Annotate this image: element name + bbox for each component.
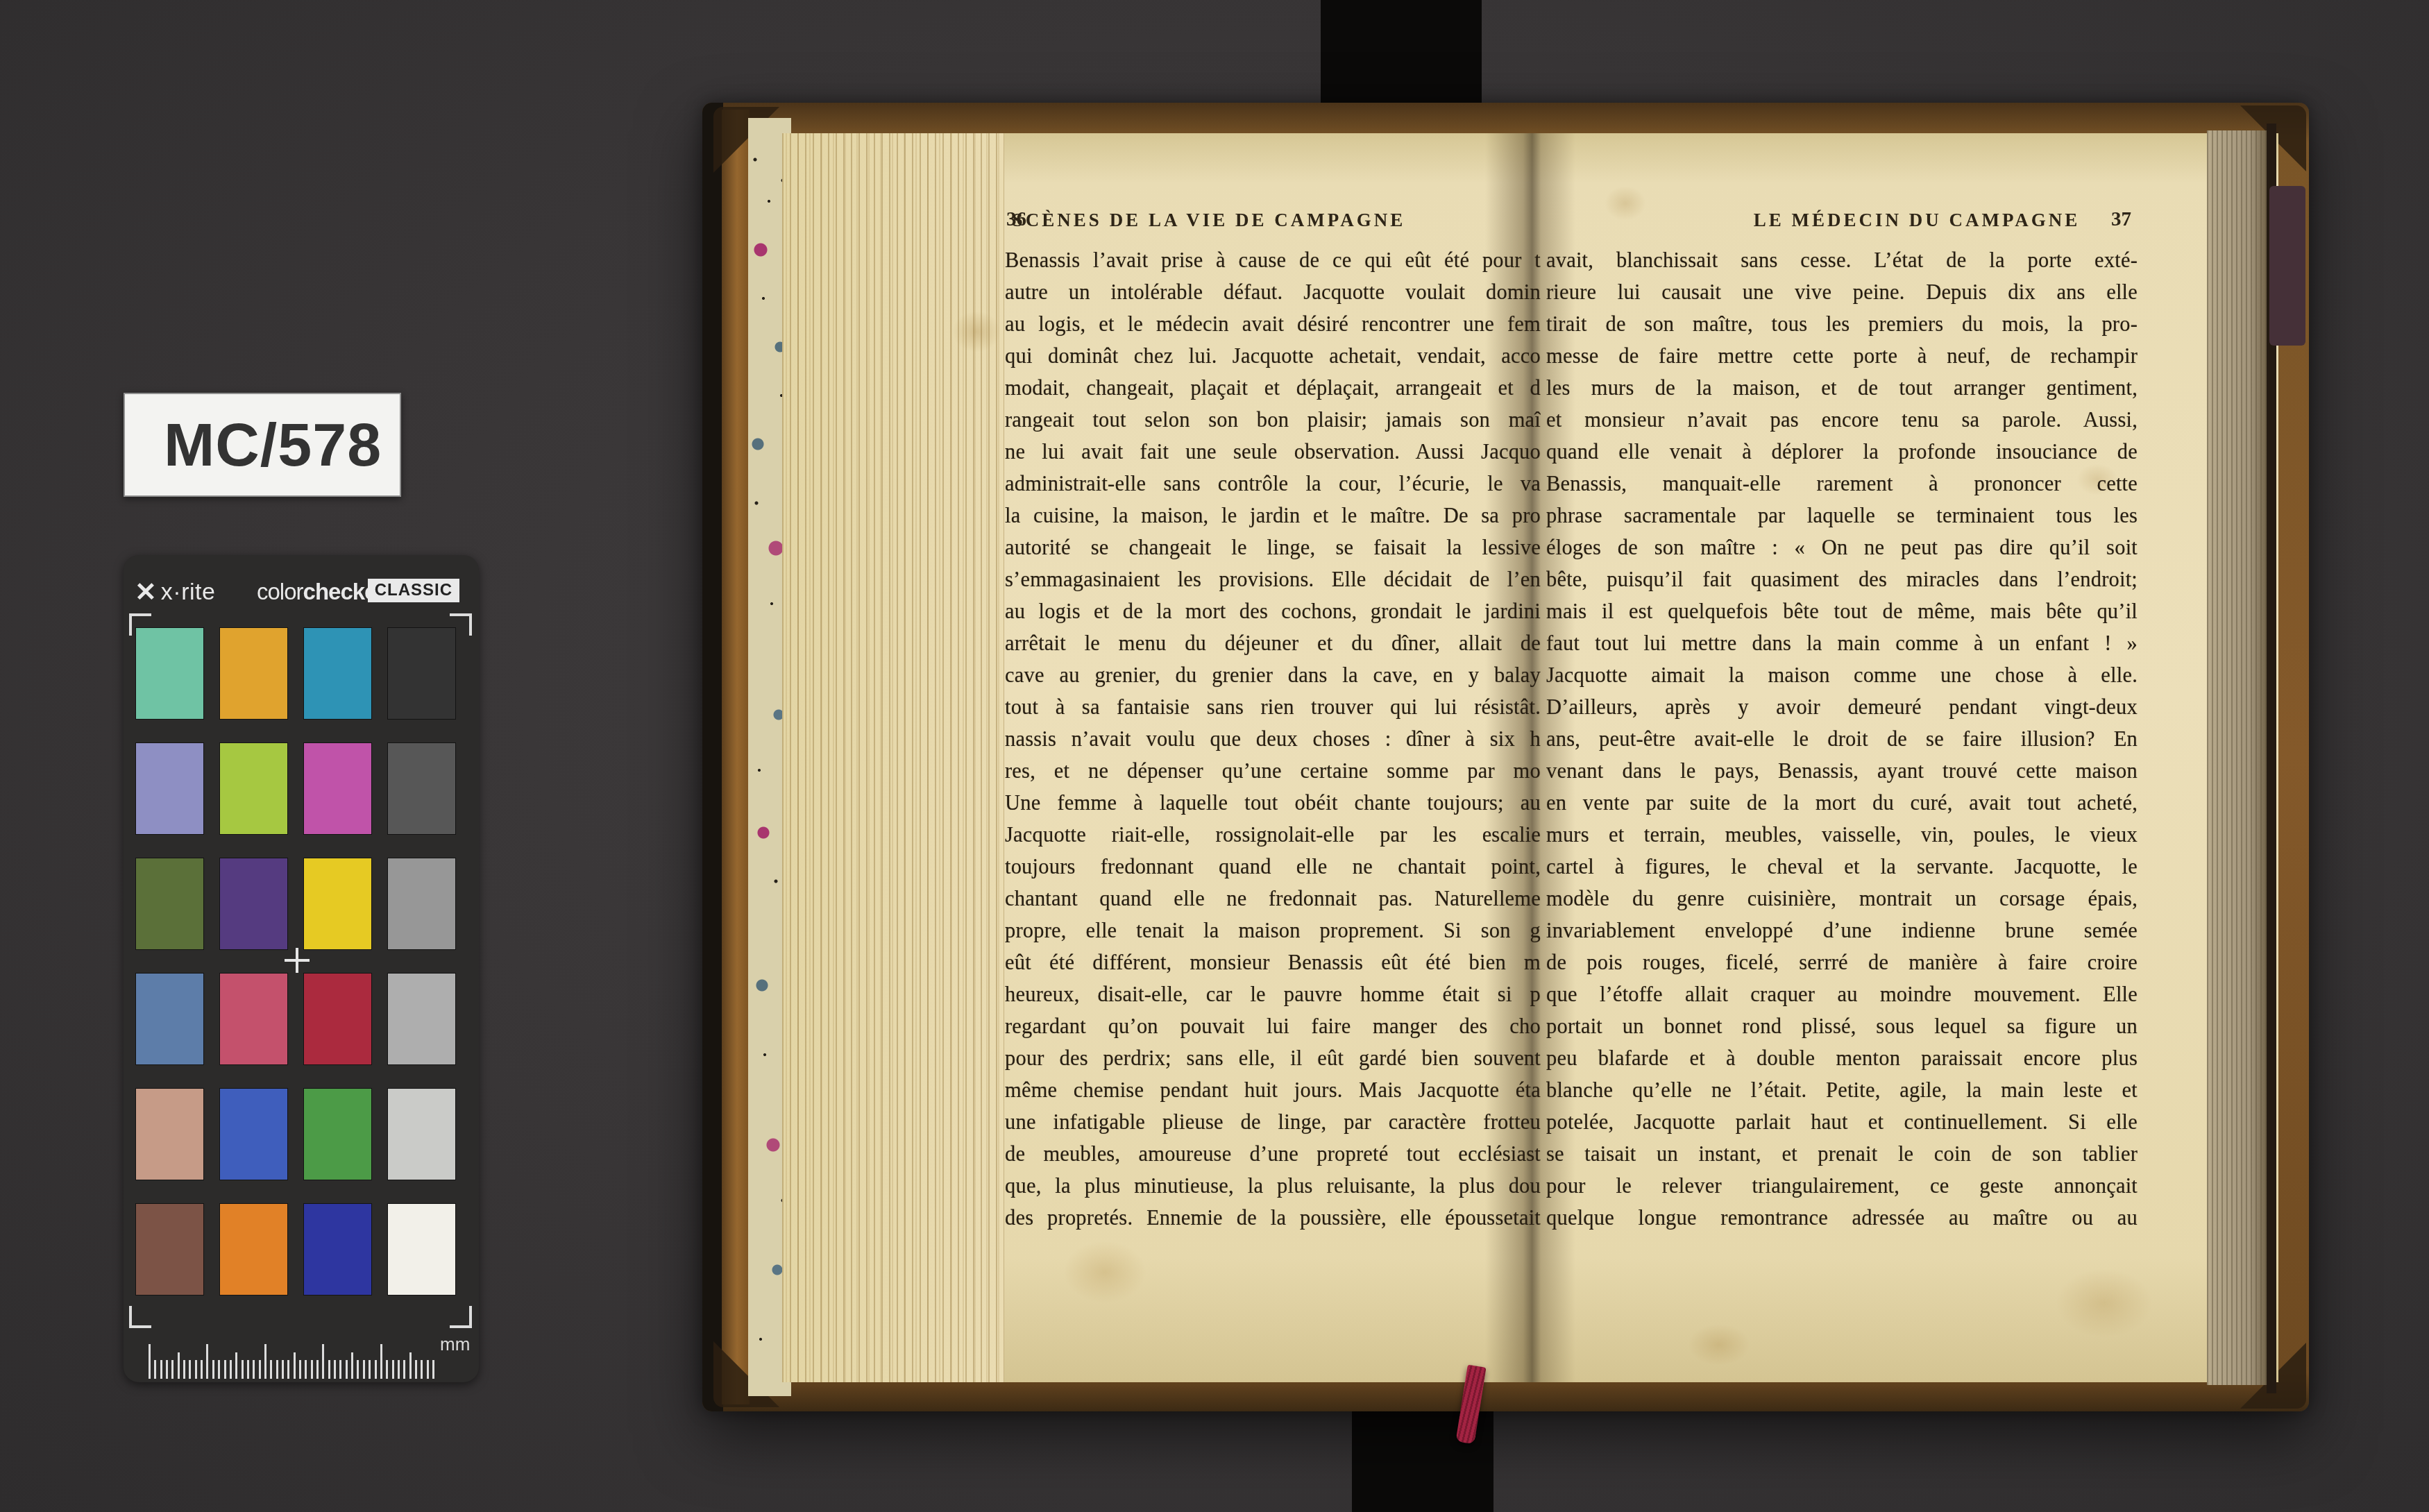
book-board-edge [702, 103, 723, 1411]
mm-ruler [149, 1343, 434, 1379]
color-patch [220, 1089, 287, 1180]
ruler-tick [247, 1360, 249, 1379]
text-line: tout à sa fantaisie sans rien trouver qu… [1005, 691, 1541, 723]
color-patch [304, 743, 371, 834]
text-line: cave au grenier, du grenier dans la cave… [1005, 659, 1541, 691]
color-patch [220, 974, 287, 1064]
text-line: autre un intolérable défaut. Jacquotte v… [1005, 276, 1541, 308]
text-line: chantant quand elle ne fredonnait pas. N… [1005, 883, 1541, 915]
text-line: res, et ne dépenser qu’une certaine somm… [1005, 755, 1541, 787]
text-line: tirait de son maître, tous les premiers … [1546, 308, 2138, 340]
ruler-tick [334, 1360, 336, 1379]
text-line: même chemise pendant huit jours. Mais Ja… [1005, 1074, 1541, 1106]
ruler-tick [276, 1360, 278, 1379]
text-line: des propretés. Ennemie de la poussière, … [1005, 1202, 1541, 1234]
text-line: en vente par suite de la mort du curé, a… [1546, 787, 2138, 819]
ruler-tick [346, 1360, 348, 1379]
text-line: les murs de la maison, et de tout arrang… [1546, 372, 2138, 404]
text-line: invariablement enveloppé d’une indienne … [1546, 915, 2138, 946]
running-title-left: SCÈNES DE LA VIE DE CAMPAGNE [1001, 210, 1417, 231]
color-patch [136, 1089, 203, 1180]
ruler-tick [166, 1360, 168, 1379]
color-patch [388, 858, 455, 949]
color-patch [220, 858, 287, 949]
xrite-brand: ✕ x·rite [135, 579, 215, 606]
crop-bracket-bottom-left [129, 1306, 151, 1328]
text-line: bête, puisqu’il fait quasiment des mirac… [1546, 563, 2138, 595]
ruler-tick [357, 1360, 359, 1379]
ruler-tick [369, 1360, 371, 1379]
ruler-tick [386, 1360, 388, 1379]
text-line: éloges de son maître : « On ne peut pas … [1546, 532, 2138, 563]
text-line: se taisait un instant, et prenait le coi… [1546, 1138, 2138, 1170]
ruler-tick [253, 1360, 255, 1379]
cover-shadow-patch [2269, 186, 2305, 346]
ruler-tick [316, 1360, 319, 1379]
ruler-tick [264, 1344, 266, 1379]
text-line: portait un bonnet rond plissé, sous lequ… [1546, 1010, 2138, 1042]
text-line: au logis, et le médecin avait désiré ren… [1005, 308, 1541, 340]
book-cover-left [722, 110, 750, 1404]
text-line: regardant qu’on pouvait lui faire manger… [1005, 1010, 1541, 1042]
text-line: de meubles, amoureuse d’une propreté tou… [1005, 1138, 1541, 1170]
text-line: rieure lui causait une vive peine. Depui… [1546, 276, 2138, 308]
color-patch [136, 858, 203, 949]
text-line: rangeait tout selon son bon plaisir; jam… [1005, 404, 1541, 436]
text-line: administrait-elle sans contrôle la cour,… [1005, 468, 1541, 500]
shelfmark-text: MC/578 [164, 409, 382, 480]
text-line: modait, changeait, plaçait et déplaçait,… [1005, 372, 1541, 404]
text-line: que, la plus minutieuse, la plus reluisa… [1005, 1170, 1541, 1202]
text-line: blanche qu’elle ne l’était. Petite, agil… [1546, 1074, 2138, 1106]
color-patch [388, 743, 455, 834]
text-line: et monsieur n’avait pas encore tenu sa p… [1546, 404, 2138, 436]
ruler-tick [409, 1352, 412, 1379]
ruler-tick [375, 1360, 377, 1379]
text-line: phrase sacramentale par laquelle se term… [1546, 500, 2138, 532]
ruler-tick [322, 1344, 324, 1379]
ruler-tick [189, 1360, 191, 1379]
ruler-tick [218, 1360, 220, 1379]
ruler-tick [212, 1360, 214, 1379]
text-line: ne lui avait fait une seule observation.… [1005, 436, 1541, 468]
ruler-tick [206, 1344, 208, 1379]
color-patch [388, 974, 455, 1064]
ruler-tick [201, 1360, 203, 1379]
ruler-tick [403, 1360, 405, 1379]
text-line: toujours fredonnant quand elle ne chanta… [1005, 851, 1541, 883]
text-line: ans, peut-être avait-elle le droit de se… [1546, 723, 2138, 755]
fore-edge-right-pages [2207, 130, 2269, 1385]
ruler-tick [427, 1360, 429, 1379]
ruler-tick [178, 1352, 180, 1379]
ruler-tick [195, 1360, 197, 1379]
text-line: que l’étoffe allait craquer au moindre m… [1546, 978, 2138, 1010]
text-line: eût été différent, monsieur Benassis eût… [1005, 946, 1541, 978]
text-line: une infatigable plieuse de linge, par ca… [1005, 1106, 1541, 1138]
color-patch [136, 628, 203, 719]
colorchecker-header: ✕ x·rite colorchecker CLASSIC [124, 573, 479, 612]
crop-bracket-bottom-right [450, 1306, 472, 1328]
color-patch [136, 974, 203, 1064]
fore-edge-left-pages [782, 133, 1004, 1382]
ruler-tick [224, 1360, 226, 1379]
text-line: Jacquotte riait-elle, rossignolait-elle … [1005, 819, 1541, 851]
text-line: nassis n’avait voulu que deux choses : d… [1005, 723, 1541, 755]
text-line: au logis et de la mort des cochons, gron… [1005, 595, 1541, 627]
ruler-tick [339, 1360, 341, 1379]
ruler-tick [415, 1360, 417, 1379]
color-patch [136, 743, 203, 834]
text-line: qui dominât chez lui. Jacquotte achetait… [1005, 340, 1541, 372]
ruler-tick [432, 1360, 434, 1379]
color-patch [220, 628, 287, 719]
left-page-text: Benassis l’avait prise à cause de ce qui… [1005, 244, 1541, 1234]
color-patch [388, 1204, 455, 1295]
color-patch [388, 628, 455, 719]
text-line: autorité se changeait le linge, se faisa… [1005, 532, 1541, 563]
shelfmark-label: MC/578 [124, 393, 401, 497]
text-line: Une femme à laquelle tout obéit chante t… [1005, 787, 1541, 819]
ruler-tick [311, 1360, 313, 1379]
text-line: modèle du genre cuisinière, montrait un … [1546, 883, 2138, 915]
color-patch [304, 1089, 371, 1180]
color-patch [136, 1204, 203, 1295]
text-line: heureux, disait-elle, car le pauvre homm… [1005, 978, 1541, 1010]
text-line: quelque longue remontrance adressée au m… [1546, 1202, 2138, 1234]
text-line: pour le relever triangulairement, ce ges… [1546, 1170, 2138, 1202]
ruler-tick [160, 1360, 162, 1379]
ruler-tick [351, 1352, 353, 1379]
photo-stage: 36 SCÈNES DE LA VIE DE CAMPAGNE LE MÉDEC… [0, 0, 2429, 1512]
ruler-tick [421, 1360, 423, 1379]
text-line: peu blafarde et à double menton paraissa… [1546, 1042, 2138, 1074]
text-line: arrêtait le menu du déjeuner et du dîner… [1005, 627, 1541, 659]
ruler-tick [363, 1360, 365, 1379]
ruler-tick [398, 1360, 400, 1379]
text-line: la cuisine, la maison, le jardin et le m… [1005, 500, 1541, 532]
ruler-tick [299, 1360, 301, 1379]
ruler-tick [235, 1352, 237, 1379]
running-title-right: LE MÉDECIN DU CAMPAGNE [1709, 210, 2125, 231]
color-patch [220, 743, 287, 834]
classic-badge: CLASSIC [368, 579, 459, 602]
colorchecker-card: ✕ x·rite colorchecker CLASSIC mm [124, 555, 479, 1382]
color-patch [304, 628, 371, 719]
xrite-brand-text: x·rite [161, 579, 216, 606]
ruler-tick [287, 1360, 289, 1379]
text-line: Benassis l’avait prise à cause de ce qui… [1005, 244, 1541, 276]
ruler-tick [230, 1360, 232, 1379]
ruler-tick [282, 1360, 284, 1379]
color-patch [220, 1204, 287, 1295]
color-patch [304, 858, 371, 949]
color-patch [388, 1089, 455, 1180]
text-line: cartel à figures, le cheval et la servan… [1546, 851, 2138, 883]
text-line: potelée, Jacquotte parlait haut et conti… [1546, 1106, 2138, 1138]
text-line: messe de faire mettre cette porte à neuf… [1546, 340, 2138, 372]
right-page-text: avait, blanchissait sans cesse. L’état d… [1546, 244, 2138, 1234]
text-line: murs et terrain, meubles, vaisselle, vin… [1546, 819, 2138, 851]
text-line: D’ailleurs, après y avoir demeuré pendan… [1546, 691, 2138, 723]
text-line: de pois rouges, ficelé, serrré de manièr… [1546, 946, 2138, 978]
ruler-tick [154, 1360, 156, 1379]
text-line: faut tout lui mettre dans la main comme … [1546, 627, 2138, 659]
ruler-tick [183, 1360, 185, 1379]
text-line: propre, elle tenait la maison proprement… [1005, 915, 1541, 946]
center-cross-marker [285, 948, 310, 973]
text-line: mais il est quelquefois bête tout de mêm… [1546, 595, 2138, 627]
text-line: s’emmagasinaient les provisions. Elle dé… [1005, 563, 1541, 595]
ruler-tick [242, 1360, 244, 1379]
text-line: Jacquotte aimait la maison comme une cho… [1546, 659, 2138, 691]
ruler-tick [305, 1360, 307, 1379]
page-number-right: 37 [2111, 208, 2131, 231]
ruler-unit-label: mm [440, 1334, 470, 1355]
open-book: 36 SCÈNES DE LA VIE DE CAMPAGNE LE MÉDEC… [702, 103, 2309, 1411]
color-patch [304, 974, 371, 1064]
ruler-tick [380, 1344, 382, 1379]
ruler-tick [328, 1360, 330, 1379]
text-line: Benassis, manquait-elle rarement à prono… [1546, 468, 2138, 500]
ruler-tick [270, 1360, 272, 1379]
ruler-tick [149, 1344, 151, 1379]
text-line: venant dans le pays, Benassis, ayant tro… [1546, 755, 2138, 787]
colorchecker-title: colorchecker [257, 579, 384, 605]
ruler-tick [392, 1360, 394, 1379]
ruler-tick [171, 1360, 173, 1379]
ruler-tick [294, 1352, 296, 1379]
text-line: quand elle venait à déplorer la profonde… [1546, 436, 2138, 468]
ruler-tick [259, 1360, 261, 1379]
text-line: avait, blanchissait sans cesse. L’état d… [1546, 244, 2138, 276]
color-patch [304, 1204, 371, 1295]
text-line: pour des perdrix; sans elle, il eût gard… [1005, 1042, 1541, 1074]
xrite-logo-icon: ✕ [135, 579, 157, 606]
